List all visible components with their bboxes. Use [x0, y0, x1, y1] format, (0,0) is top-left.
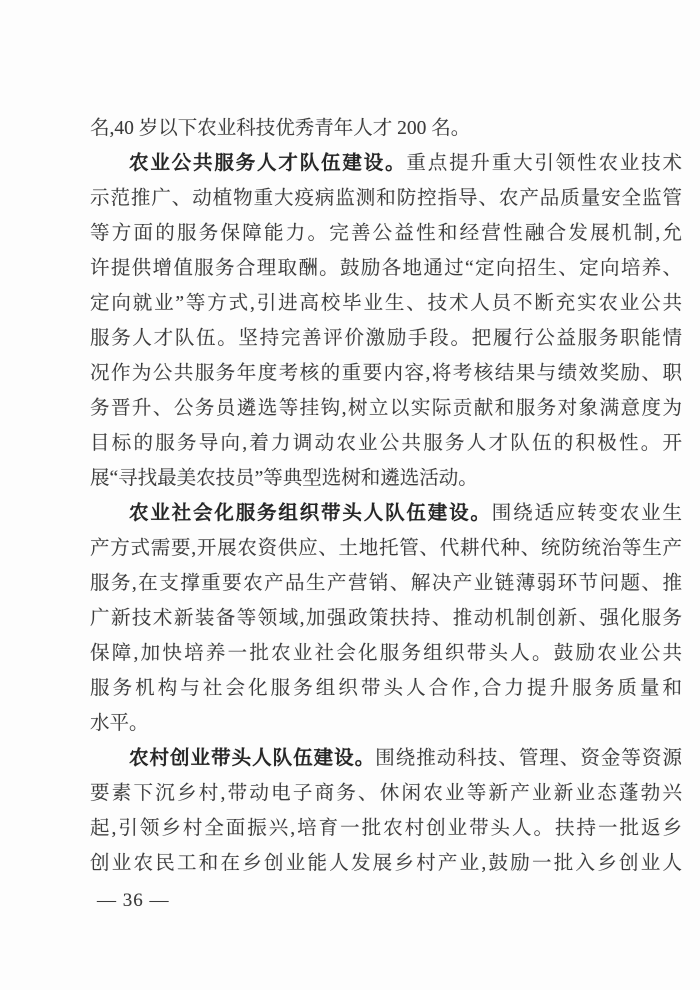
text-line: 展“寻找最美农技员”等典型选树和遴选活动。 [90, 461, 682, 496]
text-line: 况作为公共服务年度考核的重要内容,将考核结果与绩效奖励、职 [90, 356, 682, 391]
text-line: 保障,加快培养一批农业社会化服务组织带头人。鼓励农业公共 [90, 636, 682, 671]
paragraph-text: 围绕适应转变农业生 [492, 503, 682, 524]
text-line: 务晋升、公务员遴选等挂钩,树立以实际贡献和服务对象满意度为 [90, 391, 682, 426]
text-line: 广新技术新装备等领域,加强政策扶持、推动机制创新、强化服务 [90, 601, 682, 636]
text-line: 许提供增值服务合理取酬。鼓励各地通过“定向招生、定向培养、 [90, 251, 682, 286]
body-text: 名,40 岁以下农业科技优秀青年人才 200 名。 农业公共服务人才队伍建设。重… [90, 111, 682, 881]
text-line: 起,引领乡村全面振兴,培育一批农村创业带头人。扶持一批返乡 [90, 811, 682, 846]
text-line: 服务,在支撑重要农产品生产营销、解决产业链薄弱环节问题、推 [90, 566, 682, 601]
text-line: 农业社会化服务组织带头人队伍建设。围绕适应转变农业生 [90, 496, 682, 531]
paragraph-heading: 农业公共服务人才队伍建设。 [129, 153, 406, 174]
text-line: 示范推广、动植物重大疫病监测和防控指导、农产品质量安全监管 [90, 181, 682, 216]
text-line: 服务机构与社会化服务组织带头人合作,合力提升服务质量和 [90, 671, 682, 706]
text-line: 服务人才队伍。坚持完善评价激励手段。把履行公益服务职能情 [90, 321, 682, 356]
text-line: 农村创业带头人队伍建设。围绕推动科技、管理、资金等资源 [90, 741, 682, 776]
paragraph-text: 围绕推动科技、管理、资金等资源 [375, 748, 682, 769]
text-line: 目标的服务导向,着力调动农业公共服务人才队伍的积极性。开 [90, 426, 682, 461]
text-line: 定向就业”等方式,引进高校毕业生、技术人员不断充实农业公共 [90, 286, 682, 321]
text-line: 等方面的服务保障能力。完善公益性和经营性融合发展机制,允 [90, 216, 682, 251]
paragraph-text: 重点提升重大引领性农业技术 [406, 153, 682, 174]
text-line: 创业农民工和在乡创业能人发展乡村产业,鼓励一批入乡创业人 [90, 846, 682, 881]
paragraph-heading: 农业社会化服务组织带头人队伍建设。 [129, 503, 492, 524]
text-line: 产方式需要,开展农资供应、土地托管、代耕代种、统防统治等生产 [90, 531, 682, 566]
text-line: 水平。 [90, 706, 682, 741]
text-line: 农业公共服务人才队伍建设。重点提升重大引领性农业技术 [90, 146, 682, 181]
page-number: — 36 — [97, 886, 170, 916]
paragraph-heading: 农村创业带头人队伍建设。 [129, 748, 375, 769]
document-page: 名,40 岁以下农业科技优秀青年人才 200 名。 农业公共服务人才队伍建设。重… [0, 0, 700, 990]
text-line: 要素下沉乡村,带动电子商务、休闲农业等新产业新业态蓬勃兴 [90, 776, 682, 811]
text-line: 名,40 岁以下农业科技优秀青年人才 200 名。 [90, 111, 682, 146]
